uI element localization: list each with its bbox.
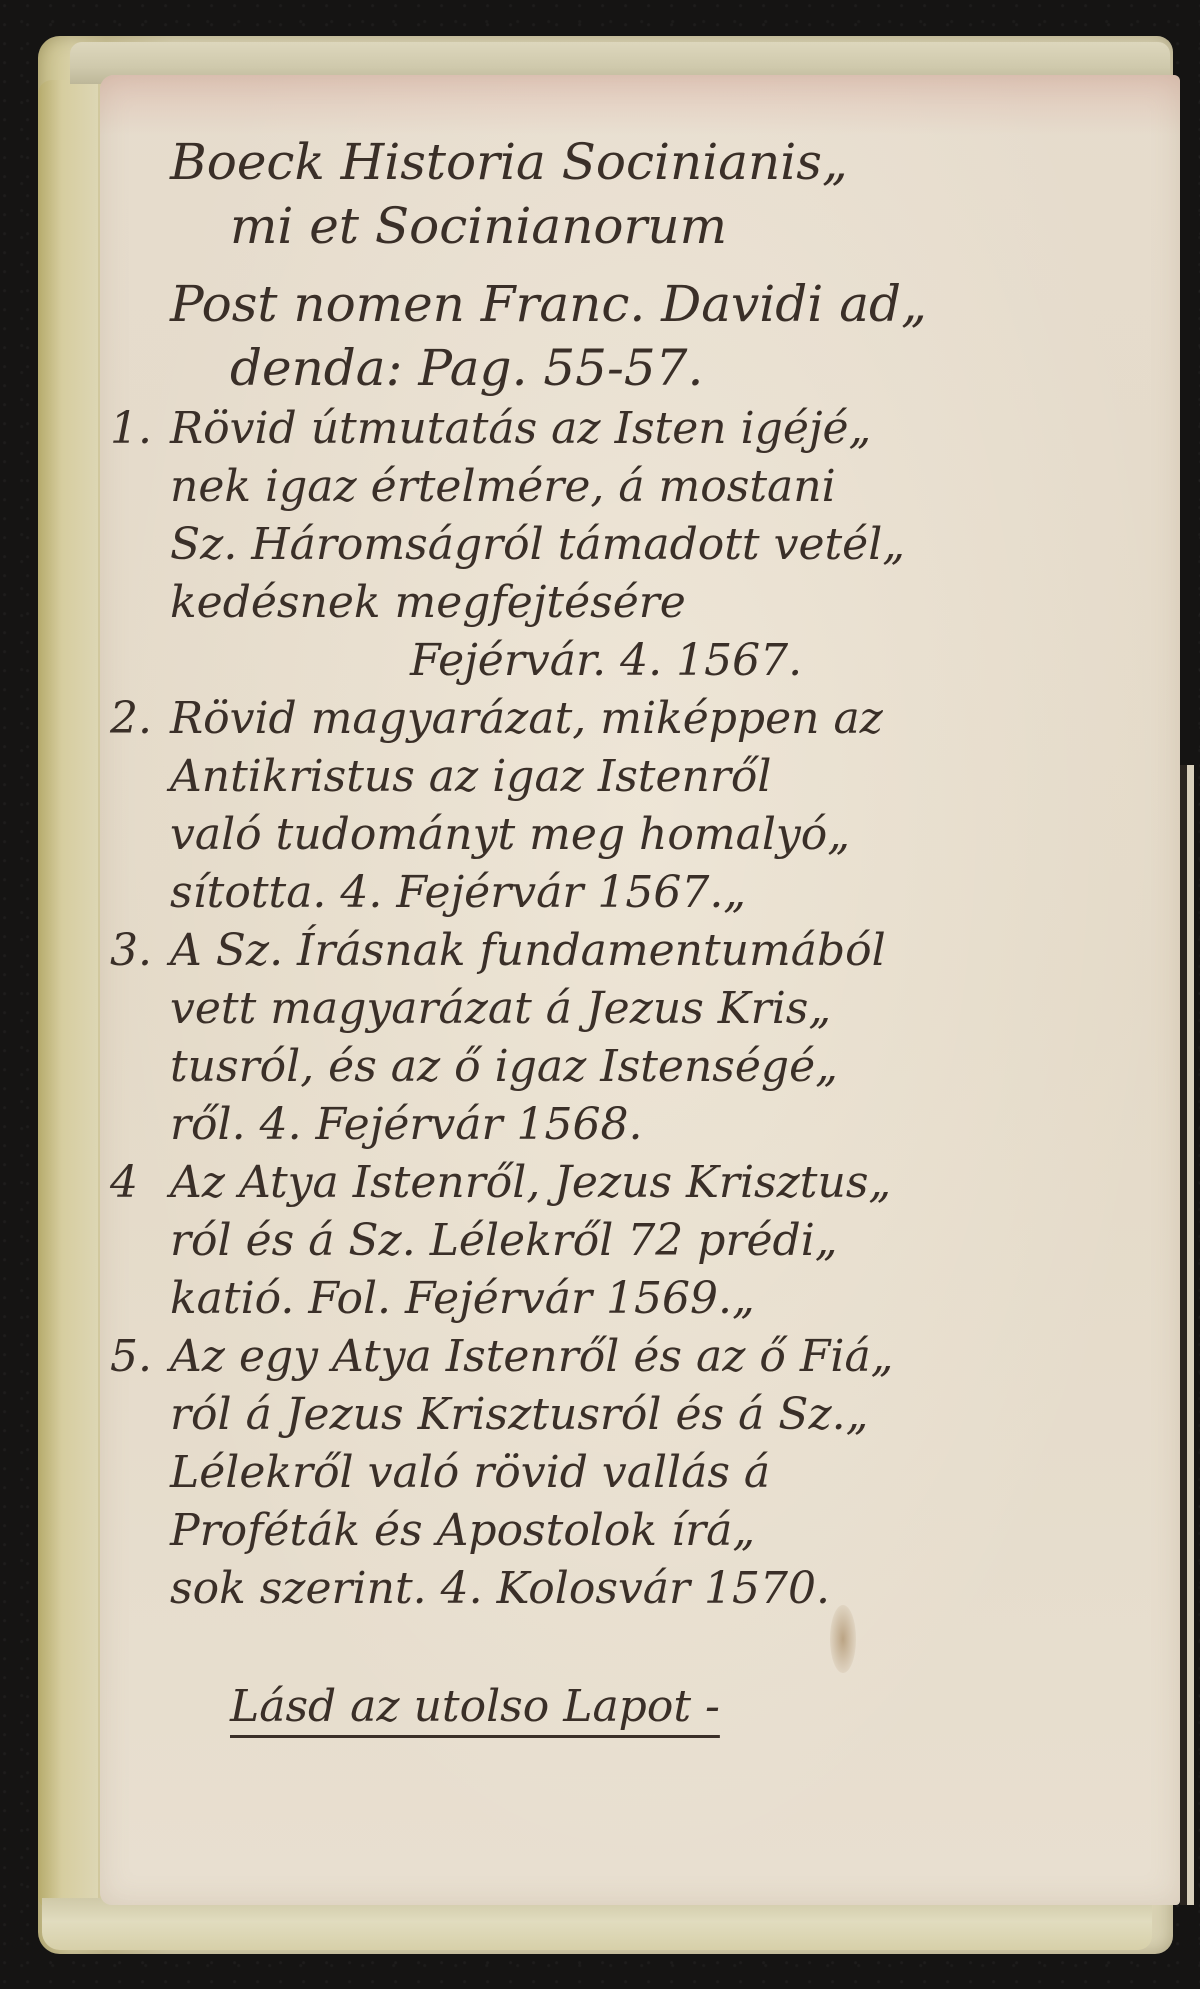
entry-line: vett magyarázat á Jezus Kris„ bbox=[110, 980, 1070, 1038]
entry-5: 5.Az egy Atya Istenről és az ő Fiá„ ról … bbox=[110, 1328, 1070, 1618]
entry-line: sok szerint. 4. Kolosvár 1570. bbox=[110, 1560, 1070, 1618]
entry-line: való tudományt meg homalyó„ bbox=[110, 806, 1070, 864]
header-line: Post nomen Franc. Davidi ad„ bbox=[110, 272, 1070, 336]
entry-line: ról és á Sz. Lélekről 72 prédi„ bbox=[110, 1212, 1070, 1270]
red-edge-staining bbox=[100, 75, 1180, 135]
entry-number: 3. bbox=[110, 922, 170, 980]
entry-line: ről. 4. Fejérvár 1568. bbox=[110, 1096, 1070, 1154]
entry-number: 2. bbox=[110, 690, 170, 748]
entry-number: 4 bbox=[110, 1154, 170, 1212]
entry-line: Lélekről való rövid vallás á bbox=[110, 1444, 1070, 1502]
entry-line: nek igaz értelmére, á mostani bbox=[110, 458, 1070, 516]
entry-line: ról á Jezus Krisztusról és á Sz.„ bbox=[110, 1386, 1070, 1444]
entry-4: 4Az Atya Istenről, Jezus Krisztus„ ról é… bbox=[110, 1154, 1070, 1328]
page-right-edge bbox=[1180, 765, 1194, 1905]
entry-line: Proféták és Apostolok írá„ bbox=[110, 1502, 1070, 1560]
entry-1: 1.Rövid útmutatás az Isten igéjé„ nek ig… bbox=[110, 400, 1070, 690]
cover-spine bbox=[38, 80, 98, 1910]
entry-place-date: Fejérvár. 4. 1567. bbox=[110, 632, 1070, 690]
entry-number: 1. bbox=[110, 400, 170, 458]
header-line: denda: Pag. 55-57. bbox=[110, 336, 1070, 400]
entry-line: Az Atya Istenről, Jezus Krisztus„ bbox=[170, 1157, 891, 1208]
entry-line: tusról, és az ő igaz Istenségé„ bbox=[110, 1038, 1070, 1096]
entry-2: 2.Rövid magyarázat, miképpen az Antikris… bbox=[110, 690, 1070, 922]
entry-line: Rövid magyarázat, miképpen az bbox=[170, 693, 883, 744]
entry-3: 3.A Sz. Írásnak fundamentumából vett mag… bbox=[110, 922, 1070, 1154]
header-line: mi et Socinianorum bbox=[110, 194, 1070, 258]
header-line: Boeck Historia Socinianis„ bbox=[110, 130, 1070, 194]
manuscript-text: Boeck Historia Socinianis„ mi et Socinia… bbox=[110, 130, 1070, 1736]
header-block: Boeck Historia Socinianis„ mi et Socinia… bbox=[110, 130, 1070, 400]
footnote-see-last-page: Lásd az utolso Lapot - bbox=[110, 1678, 720, 1736]
entry-line: A Sz. Írásnak fundamentumából bbox=[170, 925, 886, 976]
entry-number: 5. bbox=[110, 1328, 170, 1386]
entry-line: Rövid útmutatás az Isten igéjé„ bbox=[170, 403, 871, 454]
entry-line: katió. Fol. Fejérvár 1569.„ bbox=[110, 1270, 1070, 1328]
entry-line: Antikristus az igaz Istenről bbox=[110, 748, 1070, 806]
entry-line: sította. 4. Fejérvár 1567.„ bbox=[110, 864, 1070, 922]
entry-line: Az egy Atya Istenről és az ő Fiá„ bbox=[170, 1331, 893, 1382]
entry-line: kedésnek megfejtésére bbox=[110, 574, 1070, 632]
entry-line: Sz. Háromságról támadott vetél„ bbox=[110, 516, 1070, 574]
cover-bottom-fold bbox=[42, 1898, 1152, 1950]
